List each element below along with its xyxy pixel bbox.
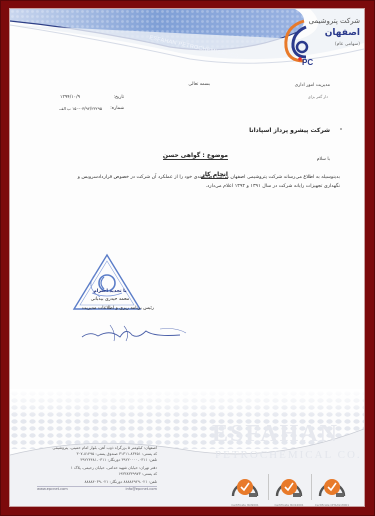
bullet-mark bbox=[340, 128, 342, 130]
date-value: ۱۳۹۴/۱۰/۹ bbox=[40, 95, 80, 100]
cert-caption: Certificate ISO9001 bbox=[227, 503, 263, 506]
company-logo: PC شرکت پتروشیمی اصفهان (سهامی عام) bbox=[272, 11, 364, 67]
bismillah-heading: بسمه تعالی bbox=[160, 82, 210, 87]
document-frame: ESFAHAN PETROCHEMICAL CO. PC شرکت پتروشی… bbox=[0, 0, 375, 516]
email-link[interactable]: info@epcnet.com bbox=[125, 487, 157, 491]
footer-address-line: کد پستی: ۸۳۴۵۱-۳۱۳۱۱ صندوق پستی: ۸۱۴۹۵-۳… bbox=[37, 451, 157, 456]
addressee: شرکت پیشرو پرداز اسپادانا bbox=[200, 127, 330, 134]
svg-text:PC: PC bbox=[302, 58, 313, 67]
footer-brand-esfahan: ESFAHAN bbox=[212, 421, 339, 448]
signature-scribble bbox=[80, 323, 190, 343]
logo-text-line3: (سهامی عام) bbox=[335, 42, 360, 47]
body-line-1: بدینوسیله به اطلاع می‌رساند شرکت پتروشیم… bbox=[30, 173, 340, 182]
sub-label: دار گمر بزای bbox=[280, 94, 328, 99]
salutation: با سلام bbox=[290, 157, 330, 162]
number-label: شماره: bbox=[100, 106, 124, 111]
cert-divider bbox=[311, 474, 312, 500]
footer-address-line: اصفهان: کیلومتر ۵ بزرگراه ذوب آهن، بلوار… bbox=[37, 445, 157, 450]
department-label: مدیریت امور اداری bbox=[250, 83, 330, 88]
stamp-caption: با تجدید احترام bbox=[82, 289, 138, 294]
logo-text-line1: شرکت پتروشیمی bbox=[309, 17, 360, 25]
footer-address-line: تلفن: ۰۳۱۱-۳۹۲۲۰۰۰۰ دورنگار: ۰۳۱۱-۳۹۲۲۴۴… bbox=[37, 457, 157, 462]
signer-title: رئیس برنامه ریزی و اطلاعات مدیریت bbox=[68, 306, 168, 311]
date-label: تاریخ: bbox=[100, 95, 124, 100]
letter-number-value: ۱۵۰-۰۳/۹۲/۲۳۲۹۵ ب الف bbox=[34, 106, 102, 111]
iso-cert-badge-icon bbox=[272, 470, 306, 500]
body-line-2: نگهداری تجهیزات رایانه شرکت در سال ۱۳۹۱ … bbox=[130, 182, 340, 191]
footer-address-line: تلفن: ۰۲۱-۸۸۸۸۴۹۲۹ دورنگار: ۰۲۱-۸۸۸۸۴۰۳۹ bbox=[37, 479, 157, 484]
footer-brand-petrochemical: PETROCHEMICAL CO. bbox=[215, 449, 362, 461]
footer-address-line: دفتر تهران: خیابان شهید خدامی، خیابان رح… bbox=[37, 465, 157, 470]
footer-address-line: کد پستی: ۱۹۳۳۸۳۳۹۹۷۳ bbox=[37, 471, 157, 476]
cert-caption: Certificate ISO14001 bbox=[271, 503, 307, 506]
logo-text-line2: اصفهان bbox=[325, 28, 360, 38]
signer-name: محمد حیدری بیدبانی bbox=[80, 297, 140, 302]
cert-caption: Certificate OHSAS18001 bbox=[314, 503, 350, 506]
iso-cert-badge-icon bbox=[228, 470, 262, 500]
footer-web-row: www.epcnet.com info@epcnet.com bbox=[37, 486, 157, 491]
iso-cert-badge-icon bbox=[315, 470, 349, 500]
website-link[interactable]: www.epcnet.com bbox=[37, 487, 68, 491]
letter-page: ESFAHAN PETROCHEMICAL CO. PC شرکت پتروشی… bbox=[10, 9, 364, 506]
cert-divider bbox=[268, 474, 269, 500]
